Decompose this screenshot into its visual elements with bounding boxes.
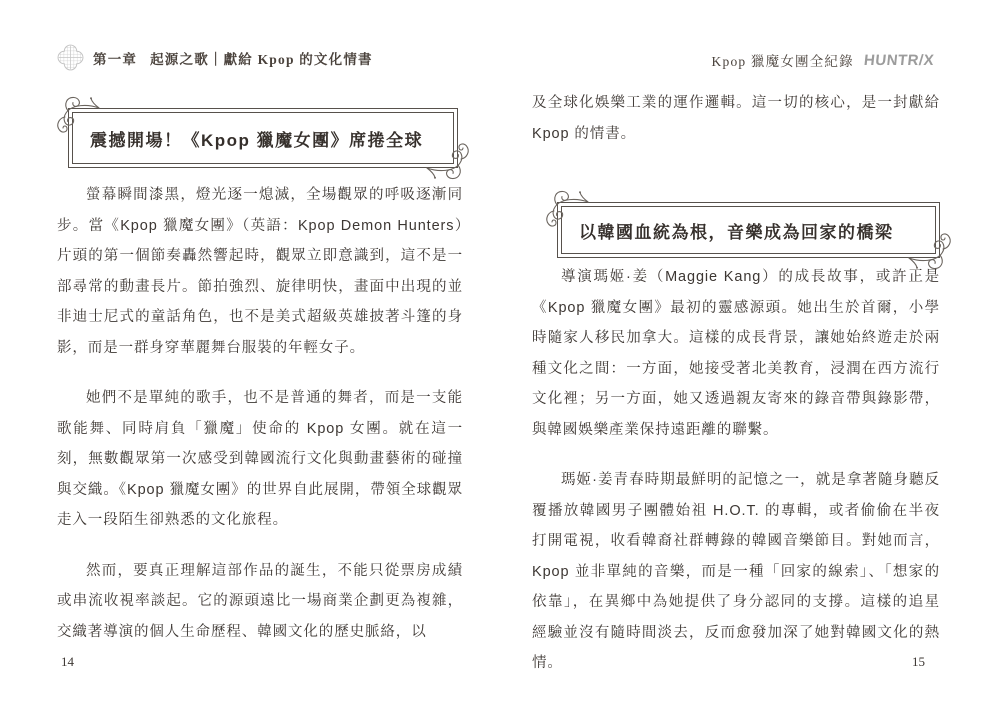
- book-title: Kpop 獵魔女團全紀錄: [712, 50, 854, 70]
- body-paragraph: 然而，要真正理解這部作品的誕生，不能只從票房成績或串流收視率談起。它的源頭遠比一…: [57, 556, 463, 648]
- section-title-box-left: 震撼開場！《Kpop 獵魔女團》席捲全球: [68, 108, 458, 168]
- running-header-left: 第一章 起源之歌｜獻給 Kpop 的文化情書: [57, 44, 373, 71]
- clover-rosette-icon: [57, 44, 84, 71]
- right-page-body: 導演瑪姬·姜（Maggie Kang）的成長故事，或許正是《Kpop 獵魔女團》…: [532, 262, 940, 699]
- section-title: 以韓國血統為根，音樂成為回家的橋梁: [579, 218, 894, 243]
- left-page-body: 螢幕瞬間漆黑，燈光逐一熄滅，全場觀眾的呼吸逐漸同步。當《Kpop 獵魔女團》（英…: [57, 180, 463, 667]
- body-paragraph: 螢幕瞬間漆黑，燈光逐一熄滅，全場觀眾的呼吸逐漸同步。當《Kpop 獵魔女團》（英…: [57, 180, 463, 363]
- body-paragraph: 瑪姬·姜青春時期最鮮明的記憶之一，就是拿著隨身聽反覆播放韓國男子團體始祖 H.O…: [532, 465, 940, 679]
- body-paragraph: 及全球化娛樂工業的運作邏輯。這一切的核心，是一封獻給 Kpop 的情書。: [532, 88, 940, 149]
- chapter-title: 起源之歌｜獻給 Kpop 的文化情書: [150, 48, 373, 68]
- page-right: Kpop 獵魔女團全紀錄 HUNTR/X 及全球化娛樂工業的運作邏輯。這一切的核…: [532, 0, 940, 709]
- page-number-right: 15: [912, 654, 925, 670]
- body-paragraph: 導演瑪姬·姜（Maggie Kang）的成長故事，或許正是《Kpop 獵魔女團》…: [532, 262, 940, 445]
- page-number-left: 14: [61, 654, 74, 670]
- running-header-right: Kpop 獵魔女團全紀錄 HUNTR/X: [712, 50, 934, 70]
- page-left: 第一章 起源之歌｜獻給 Kpop 的文化情書 震撼開場！《Kpop 獵魔女團》席…: [57, 0, 463, 709]
- body-paragraph: 她們不是單純的歌手，也不是普通的舞者，而是一支能歌能舞、同時肩負「獵魔」使命的 …: [57, 383, 463, 536]
- section-title-box-right: 以韓國血統為根，音樂成為回家的橋梁: [557, 202, 940, 258]
- huntrx-logo: HUNTR/X: [863, 52, 935, 69]
- right-page-continuation: 及全球化娛樂工業的運作邏輯。這一切的核心，是一封獻給 Kpop 的情書。: [532, 88, 940, 169]
- chapter-label: 第一章: [93, 48, 137, 68]
- section-title: 震撼開場！《Kpop 獵魔女團》席捲全球: [90, 126, 423, 151]
